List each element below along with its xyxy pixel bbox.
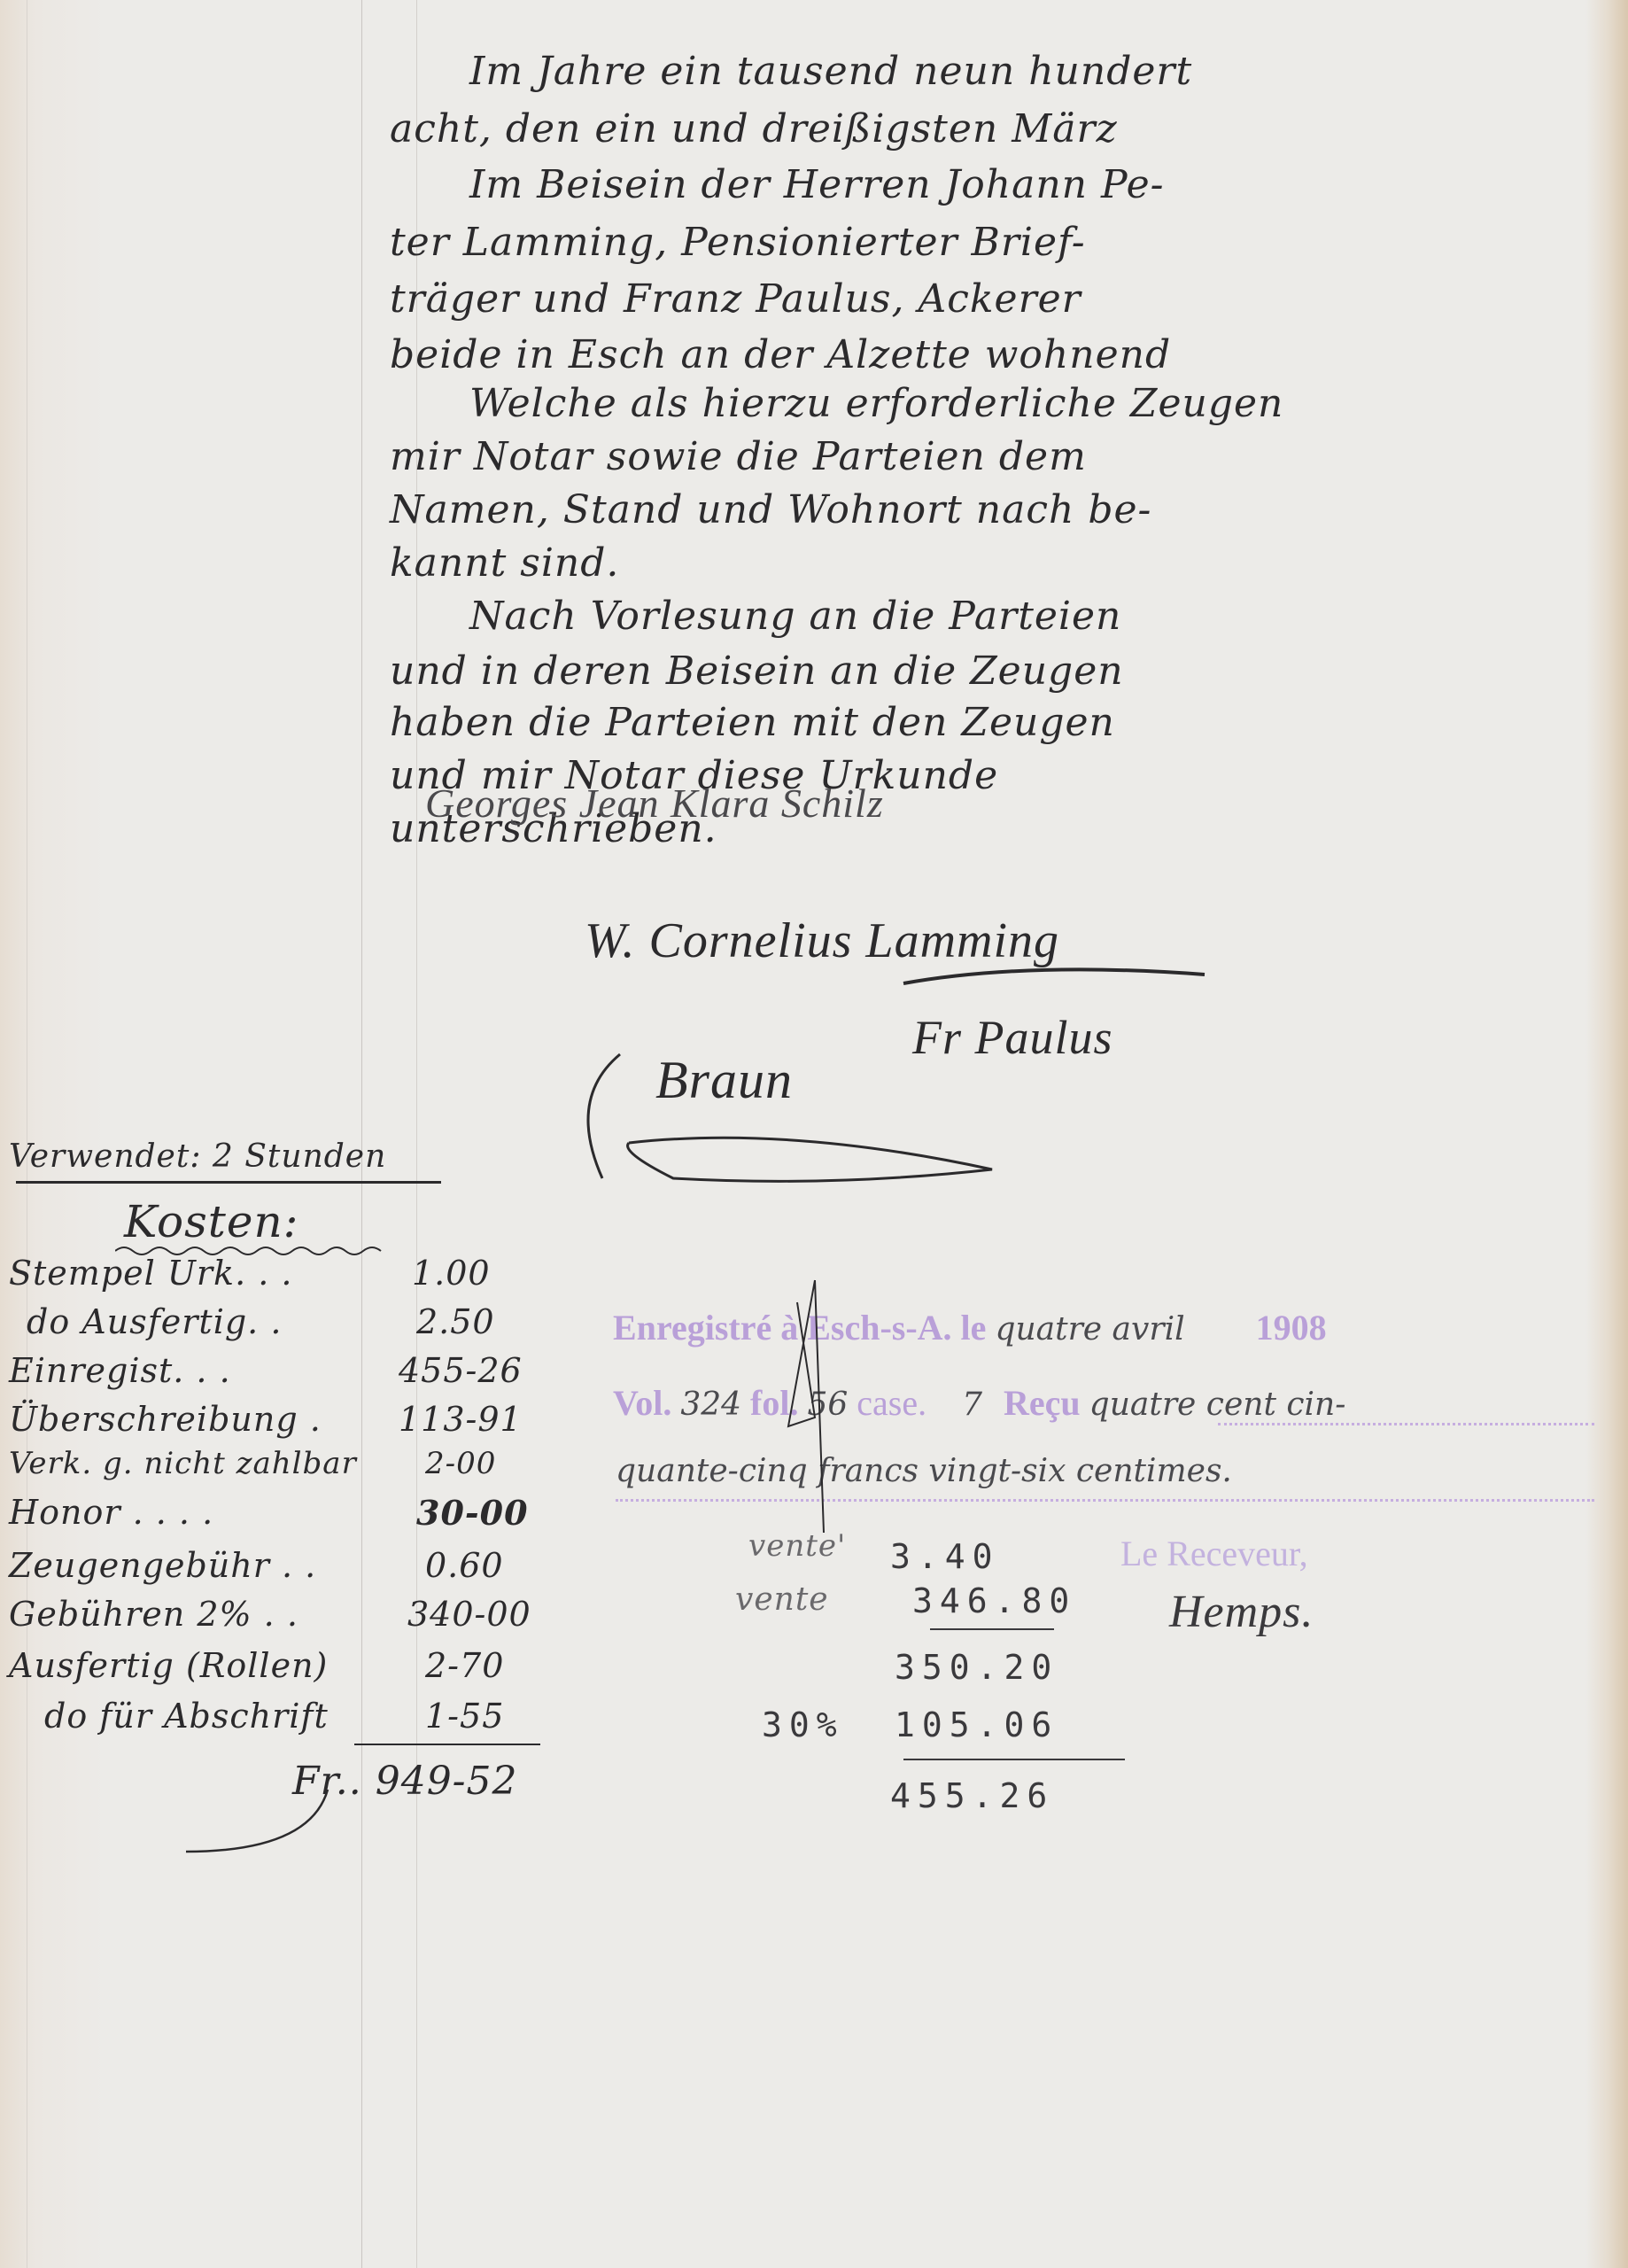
- cost-amount: 1-55: [425, 1697, 504, 1736]
- stamp-amount-words-2: quante-cinq francs vingt-six centimes.: [616, 1453, 1232, 1489]
- cost-amount: 340-00: [407, 1595, 531, 1634]
- total-amount: 949-52: [376, 1759, 518, 1804]
- cost-row: Gebühren 2% . . 340-00: [9, 1595, 298, 1634]
- calc-value: 346.80: [912, 1581, 1076, 1620]
- calc-value: 350.20: [895, 1648, 1058, 1687]
- cost-row: Überschreibung . 113-91: [9, 1400, 322, 1439]
- cost-amount: 2.50: [416, 1302, 495, 1341]
- cost-amount: 2-70: [425, 1646, 504, 1685]
- total-flourish: [177, 1781, 337, 1860]
- parties-signature: Georges Jean Klara Schilz: [425, 780, 884, 827]
- cost-amount: 2-00: [425, 1446, 496, 1481]
- cost-label: do für Abschrift: [44, 1697, 329, 1736]
- cost-label: Verk. g. nicht zahlbar: [9, 1446, 357, 1481]
- receiver-signature: Hemps.: [1169, 1586, 1314, 1638]
- stamp-date-hand: quatre avril: [995, 1311, 1184, 1348]
- deed-line: Nach Vorlesung an die Parteien: [469, 594, 1121, 639]
- stamp-pen-mark: [779, 1276, 850, 1542]
- deed-line: beide in Esch an der Alzette wohnend: [390, 332, 1171, 377]
- cost-label: Zeugengebühr . .: [9, 1546, 316, 1585]
- cost-label: Überschreibung .: [9, 1400, 322, 1439]
- deed-line: ter Lamming, Pensionierter Brief-: [390, 220, 1086, 265]
- calc-label: 30%: [762, 1705, 844, 1744]
- cost-row: do für Abschrift 1-55: [44, 1697, 329, 1736]
- cost-row: do Ausfertig. . 2.50: [27, 1302, 282, 1341]
- left-margin-rule: [361, 0, 362, 2268]
- stamp-case-label: case.: [857, 1383, 926, 1423]
- stamp-vol-label: Vol.: [613, 1383, 671, 1423]
- stamp-vol-value: 324: [680, 1386, 741, 1423]
- cost-row: Einregist. . . 455-26: [9, 1351, 231, 1390]
- stamp-line-1: Enregistré à Esch-s-A. le quatre avril 1…: [613, 1307, 1327, 1348]
- stamp-amount-words-1: quatre cent cin-: [1089, 1386, 1346, 1423]
- stamp-case-value: 7: [962, 1386, 982, 1423]
- costs-header-rule: [16, 1181, 441, 1184]
- cost-row: Ausfertig (Rollen) 2-70: [9, 1646, 328, 1685]
- calc-rule: [903, 1759, 1125, 1760]
- cost-label: do Ausfertig. .: [27, 1302, 282, 1341]
- deed-line: acht, den ein und dreißigsten März: [390, 106, 1118, 151]
- signature-flourish: [895, 957, 1213, 992]
- deed-line: und in deren Beisein an die Zeugen: [390, 649, 1124, 694]
- calc-value: 105.06: [895, 1705, 1058, 1744]
- deed-line: haben die Parteien mit den Zeugen: [390, 700, 1115, 745]
- stamp-dotted-rule: [616, 1499, 1594, 1502]
- calc-label: vente': [748, 1528, 846, 1564]
- cost-row: Verk. g. nicht zahlbar 2-00: [9, 1446, 357, 1481]
- deed-line: Namen, Stand und Wohnort nach be-: [390, 487, 1151, 532]
- stamp-dotted-rule: [1218, 1423, 1594, 1425]
- cost-amount: 1.00: [412, 1254, 491, 1293]
- calc-rule: [930, 1628, 1054, 1630]
- page-edge-rule: [27, 0, 27, 2268]
- document-page: Im Jahre ein tausend neun hundert acht, …: [0, 0, 1628, 2268]
- costs-header: Verwendet: 2 Stunden: [9, 1138, 386, 1175]
- calc-value: 3.40: [890, 1537, 1000, 1576]
- cost-amount: 113-91: [399, 1400, 523, 1439]
- cost-amount: 0.60: [425, 1546, 504, 1585]
- cost-row: Stempel Urk. . . 1.00: [9, 1254, 292, 1293]
- cost-label: Gebühren 2% . .: [9, 1595, 298, 1634]
- cost-row: Honor . . . . 30-00: [9, 1493, 213, 1532]
- cost-amount: 455-26: [399, 1351, 523, 1390]
- deed-line: träger und Franz Paulus, Ackerer: [390, 276, 1081, 322]
- cost-label: Ausfertig (Rollen): [9, 1646, 328, 1685]
- stamp-line-2: Vol. 324 fol. 56 case. 7 Reçu quatre cen…: [613, 1382, 1345, 1424]
- cost-label: Stempel Urk. . .: [9, 1254, 292, 1293]
- stamp-recu-label: Reçu: [1004, 1383, 1081, 1423]
- notary-paraph: [567, 1045, 1027, 1196]
- cost-label: Honor . . . .: [9, 1493, 213, 1532]
- deed-line: mir Notar sowie die Parteien dem: [390, 434, 1087, 479]
- cost-amount: 30-00: [416, 1493, 529, 1533]
- calc-label: vente: [735, 1581, 829, 1618]
- deed-line: kannt sind.: [390, 540, 619, 586]
- stamp-year: 1908: [1256, 1308, 1327, 1348]
- deed-line: Welche als hierzu erforderliche Zeugen: [469, 381, 1283, 426]
- total-rule: [354, 1744, 540, 1745]
- calc-total: 455.26: [890, 1776, 1054, 1815]
- deed-line: Im Jahre ein tausend neun hundert: [469, 49, 1192, 94]
- cost-row: Zeugengebühr . . 0.60: [9, 1546, 316, 1585]
- cost-label: Einregist. . .: [9, 1351, 231, 1390]
- stamp-receiver-label: Le Receveur,: [1120, 1533, 1308, 1574]
- deed-line: Im Beisein der Herren Johann Pe-: [469, 162, 1165, 207]
